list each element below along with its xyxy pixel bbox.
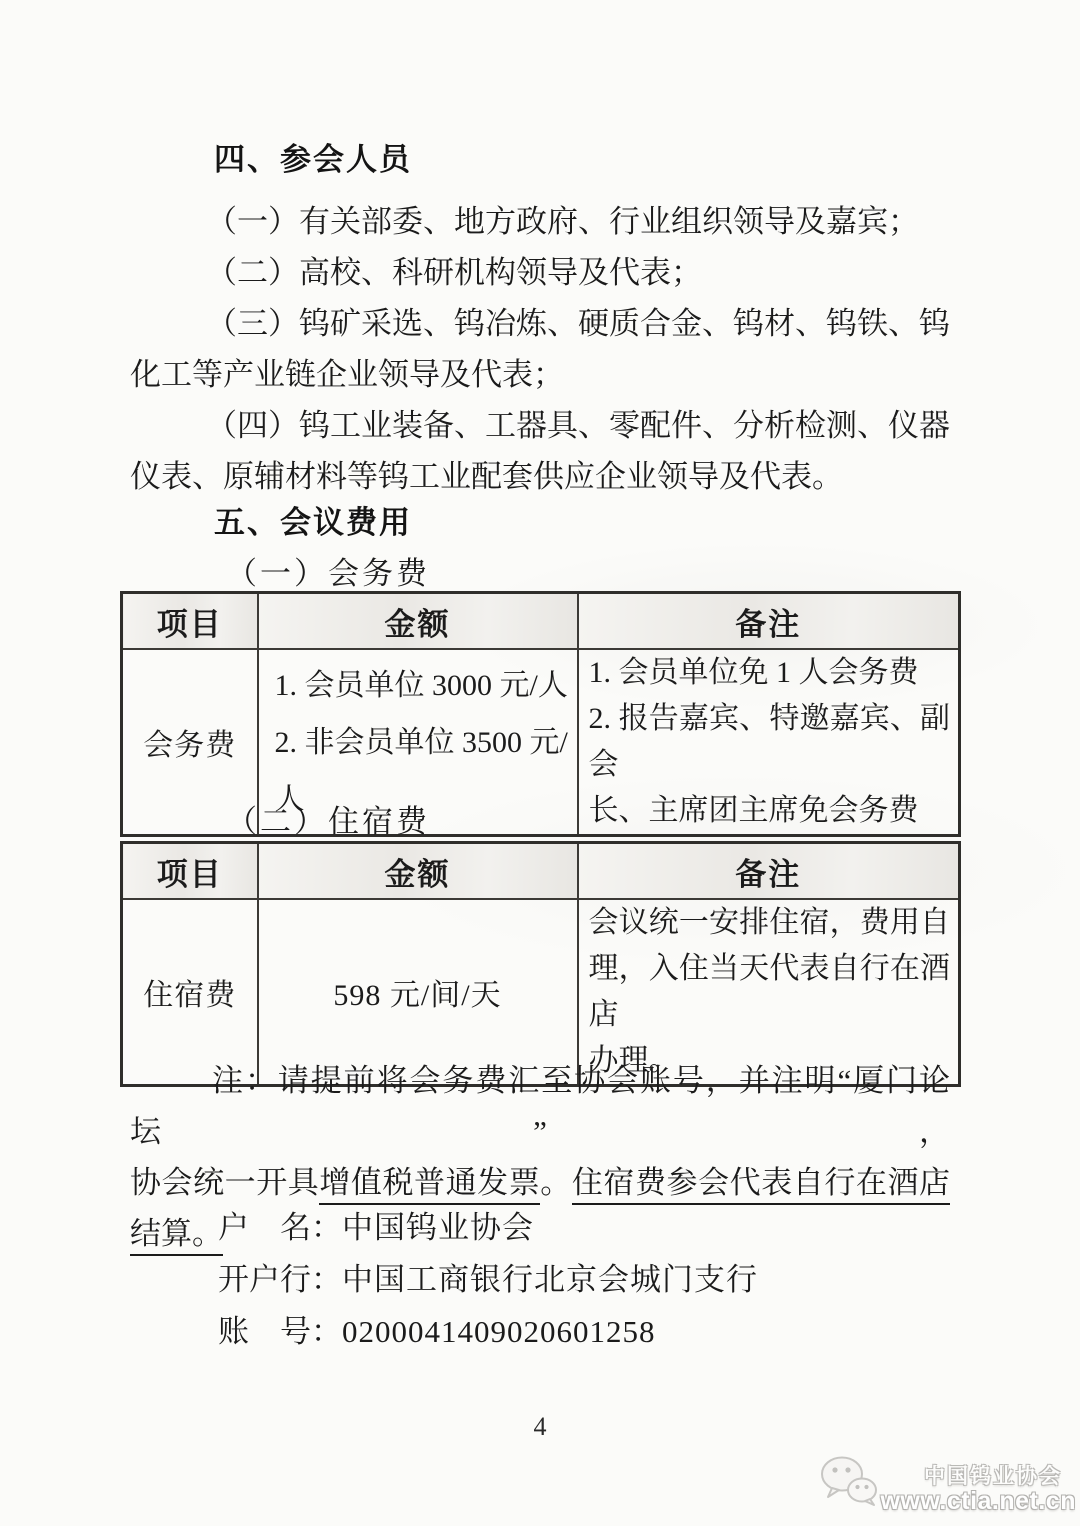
bank-branch-value: 中国工商银行北京会城门支行 [342,1262,758,1297]
watermark-text: 中国钨业协会 www.ctia.net.cn [880,1466,1076,1514]
lodging-remark-line1: 会议统一安排住宿，费用自 [579,900,959,946]
note-line2-plain: 协会统一开具 [130,1165,319,1200]
section4-item2: （二）高校、科研机构领导及代表； [130,247,950,298]
note-line2-underlined1: 增值税普通发票 [319,1165,540,1205]
fee-table-title: （一）会务费 [130,554,950,594]
fee-table: 项目 金额 备注 会务费 1. 会员单位 3000 元/人 2. 非会员单位 3… [120,591,961,837]
section4-item4-line2: 仪表、原辅材料等钨工业配套供应企业领导及代表。 [130,451,950,502]
lodging-table-title: （二）住宿费 [130,802,950,842]
note-line1: 注：请提前将会务费汇至协会账号，并注明“厦门论坛”， [130,1055,950,1157]
bank-branch-line: 开户行：中国工商银行北京会城门支行 [130,1254,950,1306]
lodging-remark-line2: 理，入住当天代表自行在酒店 [579,946,959,1038]
lodging-table-header-row: 项目 金额 备注 [122,843,960,900]
lodging-table: 项目 金额 备注 住宿费 598 元/间/天 会议统一安排住宿，费用自 理，入住… [120,841,961,1087]
fee-remark-line2: 2. 报告嘉宾、特邀嘉宾、副会 [579,696,959,788]
fee-amount-line1: 1. 会员单位 3000 元/人 [259,657,577,714]
account-number-line: 账 号：0200041409020601258 [130,1306,950,1358]
section4-item3-line1: （三）钨矿采选、钨冶炼、硬质合金、钨材、钨铁、钨 [130,298,950,349]
bank-branch-label: 开户行： [218,1262,342,1297]
account-number-value: 0200041409020601258 [342,1314,656,1349]
fee-table-header-amount: 金额 [258,593,578,650]
section4-item3-line2: 化工等产业链企业领导及代表； [130,349,950,400]
watermark-org: 中国钨业协会 [924,1466,1076,1488]
bank-account-info: 户 名：中国钨业协会 开户行：中国工商银行北京会城门支行 账 号：0200041… [130,1202,950,1358]
lodging-table-header-amount: 金额 [258,843,578,900]
lodging-table-header-item: 项目 [122,843,258,900]
section4-body: （一）有关部委、地方政府、行业组织领导及嘉宾； （二）高校、科研机构领导及代表；… [130,196,950,502]
fee-table-header-item: 项目 [122,593,258,650]
section4-item4-line1: （四）钨工业装备、工器具、零配件、分析检测、仪器 [130,400,950,451]
fee-table-header-remark: 备注 [578,593,960,650]
scanned-document-page: 四、参会人员 （一）有关部委、地方政府、行业组织领导及嘉宾； （二）高校、科研机… [0,0,1080,1526]
lodging-table-header-remark: 备注 [578,843,960,900]
note-line2: 协会统一开具增值税普通发票。住宿费参会代表自行在酒店 [130,1157,950,1208]
note-line2-period: 。 [540,1165,572,1200]
page-number: 4 [0,1412,1080,1442]
fee-remark-line1: 1. 会员单位免 1 人会务费 [579,650,959,696]
wechat-watermark: 中国钨业协会 www.ctia.net.cn [820,1455,1076,1514]
account-name-label: 户 名： [218,1210,342,1245]
account-number-label: 账 号： [218,1314,342,1349]
watermark-url: www.ctia.net.cn [880,1488,1076,1514]
section5-heading: 五、会议费用 [130,503,950,543]
wechat-icon [820,1455,878,1512]
account-name-line: 户 名：中国钨业协会 [130,1202,950,1254]
account-name-value: 中国钨业协会 [342,1210,534,1245]
fee-table-header-row: 项目 金额 备注 [122,593,960,650]
note-line2-underlined2: 住宿费参会代表自行在酒店 [572,1165,950,1205]
section4-item1: （一）有关部委、地方政府、行业组织领导及嘉宾； [130,196,950,247]
section4-heading: 四、参会人员 [130,140,950,180]
